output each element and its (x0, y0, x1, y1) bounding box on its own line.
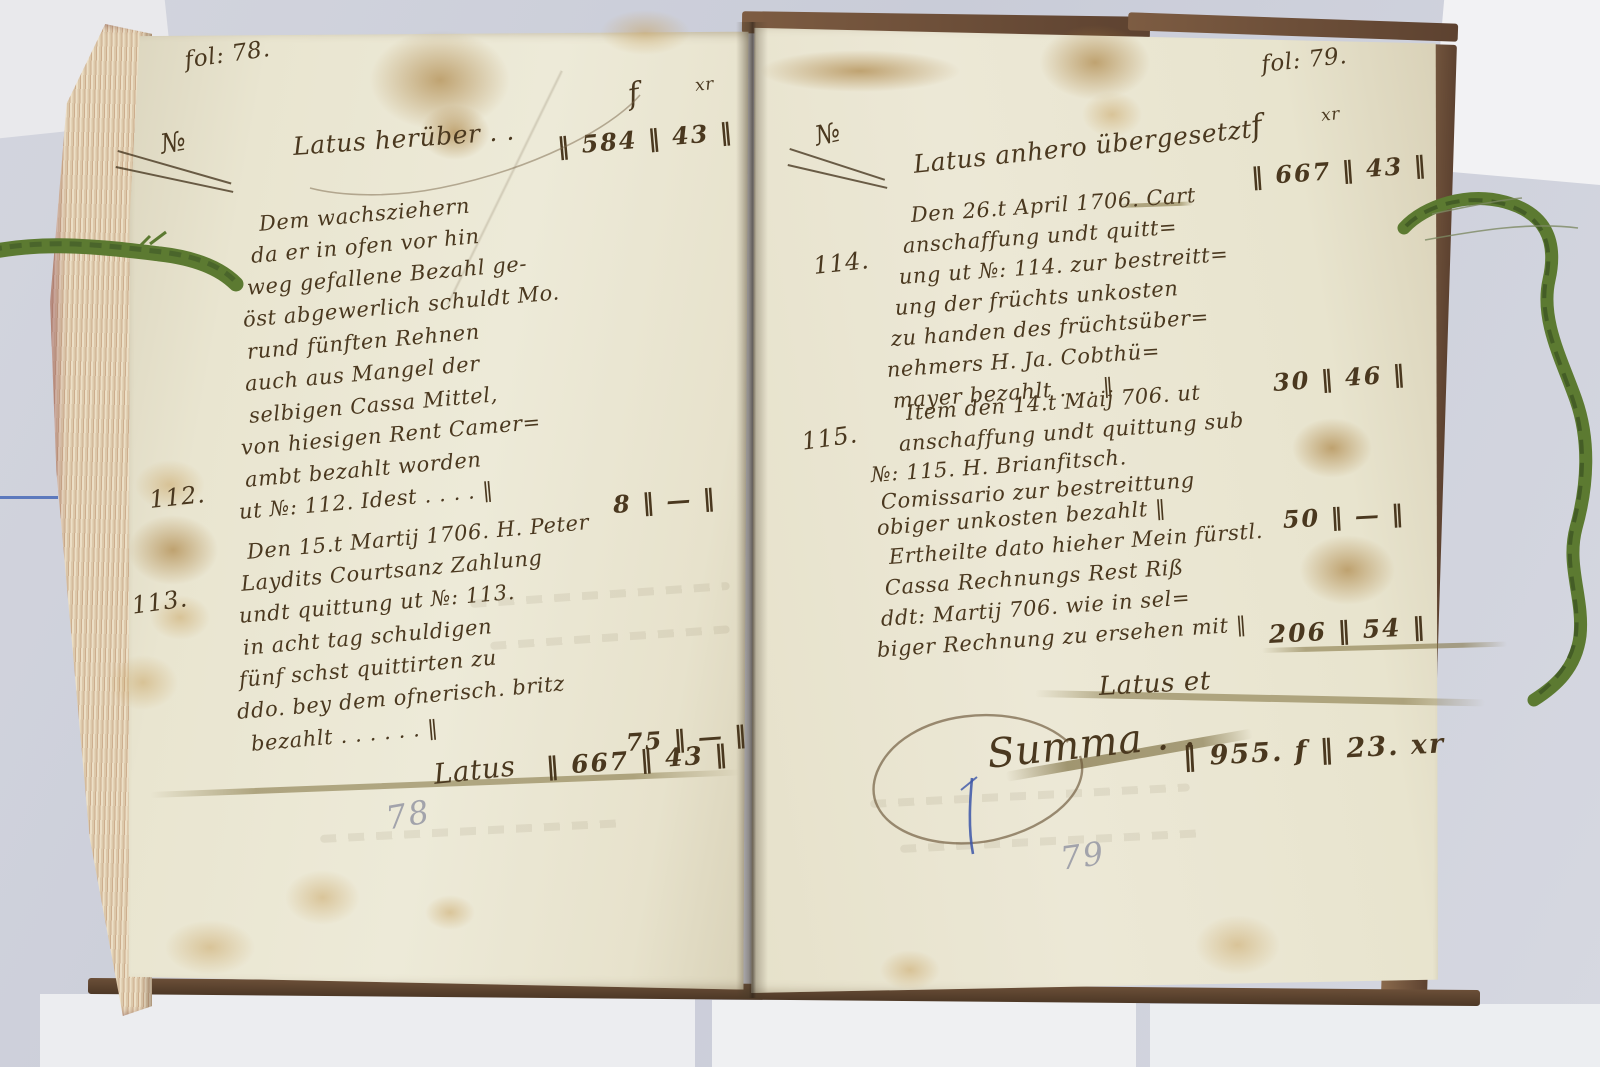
header-flourish-left (310, 95, 640, 195)
blue-pen-mark (970, 778, 973, 854)
summa-flourish (874, 715, 1083, 843)
book-cord-left-fray (140, 232, 166, 246)
blue-pen-mark (961, 777, 977, 790)
decorative-overlay (0, 0, 1600, 1067)
photo-of-open-ledger: fol: 78. № Latus herüber . . f xr ‖ 584 … (0, 0, 1600, 1067)
book-cord-right (1404, 199, 1586, 700)
book-cord-left (0, 246, 236, 284)
